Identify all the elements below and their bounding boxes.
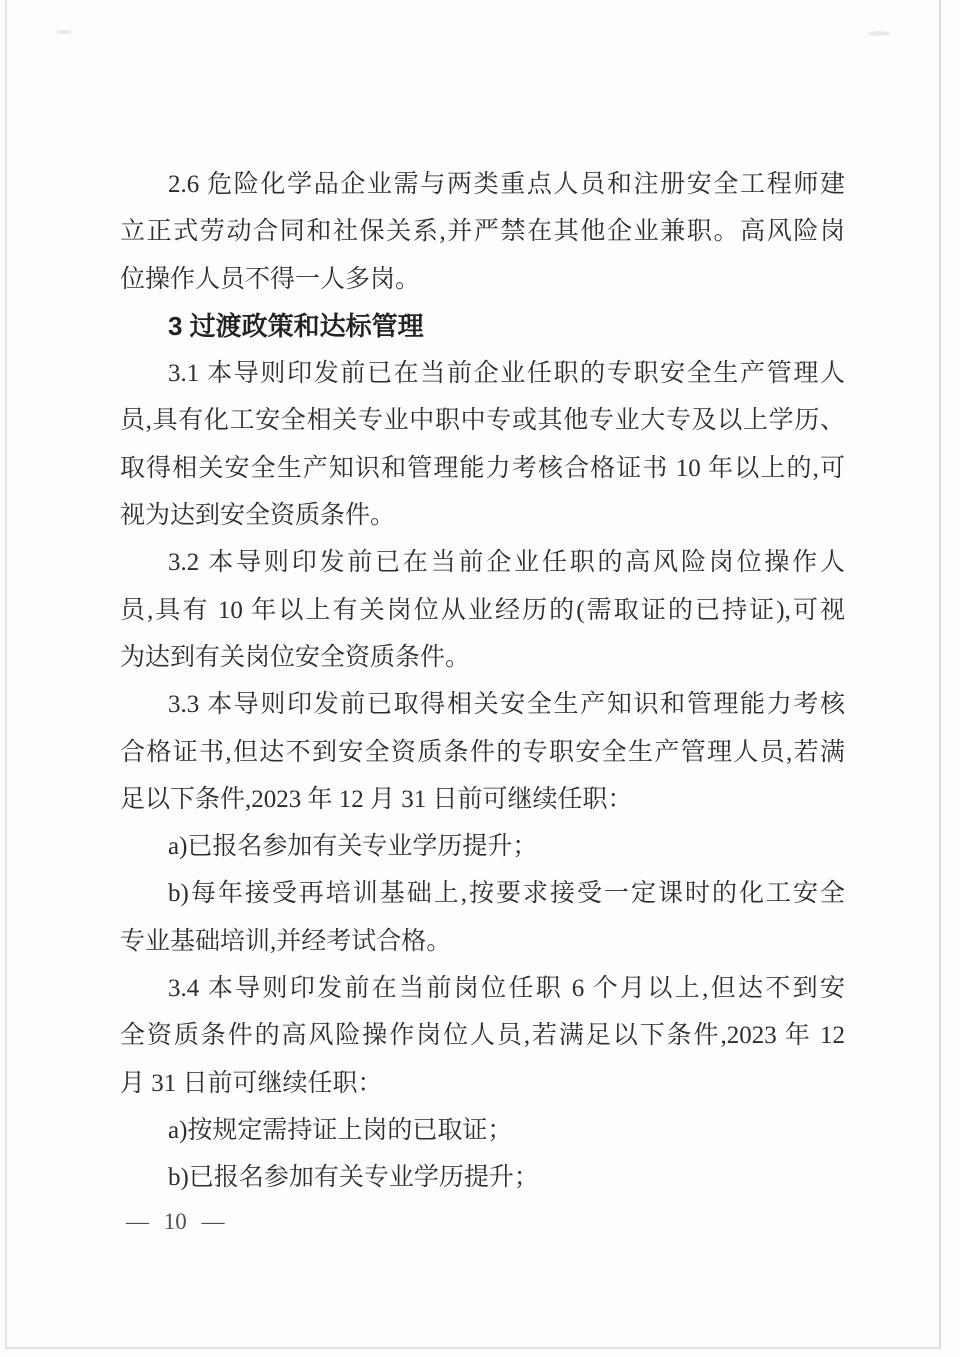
scan-smudge — [56, 30, 72, 34]
text-line: 位操作人员不得一人多岗。 — [120, 256, 845, 303]
scan-edge-left-line — [5, 0, 7, 1350]
text-line: 足以下条件,2023 年 12 月 31 日前可继续任职： — [120, 776, 845, 823]
page-number: — 10 — — [126, 1209, 225, 1234]
section-heading: 3 过渡政策和达标管理 — [120, 303, 845, 350]
text-line: 合格证书,但达不到安全资质条件的专职安全生产管理人员,若满 — [120, 729, 845, 776]
text-line: 全资质条件的高风险操作岗位人员,若满足以下条件,2023 年 12 — [120, 1012, 845, 1059]
text-line: 员,具有 10 年以上有关岗位从业经历的(需取证的已持证),可视 — [120, 587, 845, 634]
text-line: 视为达到安全资质条件。 — [120, 492, 845, 539]
text-line: 月 31 日前可继续任职： — [120, 1060, 845, 1107]
page-footer: — 10 — — [126, 1202, 225, 1242]
text-line: 立正式劳动合同和社保关系,并严禁在其他企业兼职。高风险岗 — [120, 208, 845, 255]
text-line: a)按规定需持证上岗的已取证； — [120, 1107, 845, 1154]
text-line: 3.3 本导则印发前已取得相关安全生产知识和管理能力考核 — [120, 681, 845, 728]
text-line: 取得相关安全生产知识和管理能力考核合格证书 10 年以上的,可 — [120, 445, 845, 492]
text-line: 3.1 本导则印发前已在当前企业任职的专职安全生产管理人 — [120, 350, 845, 397]
document-page: 2.6 危险化学品企业需与两类重点人员和注册安全工程师建立正式劳动合同和社保关系… — [0, 0, 960, 1357]
text-line: a)已报名参加有关专业学历提升； — [120, 823, 845, 870]
text-line: 员,具有化工安全相关专业中职中专或其他专业大专及以上学历、 — [120, 397, 845, 444]
text-line: 为达到有关岗位安全资质条件。 — [120, 634, 845, 681]
document-content: 2.6 危险化学品企业需与两类重点人员和注册安全工程师建立正式劳动合同和社保关系… — [120, 161, 845, 1202]
text-line: 2.6 危险化学品企业需与两类重点人员和注册安全工程师建 — [120, 161, 845, 208]
scan-smudge — [868, 31, 890, 36]
text-line: b)已报名参加有关专业学历提升； — [120, 1154, 845, 1201]
scan-edge-right-line — [939, 0, 941, 1349]
text-line: 3.2 本导则印发前已在当前企业任职的高风险岗位操作人 — [120, 539, 845, 586]
scan-edge-bottom-line — [5, 1347, 941, 1349]
text-line: b)每年接受再培训基础上,按要求接受一定课时的化工安全 — [120, 870, 845, 917]
text-line: 专业基础培训,并经考试合格。 — [120, 918, 845, 965]
text-line: 3.4 本导则印发前在当前岗位任职 6 个月以上,但达不到安 — [120, 965, 845, 1012]
